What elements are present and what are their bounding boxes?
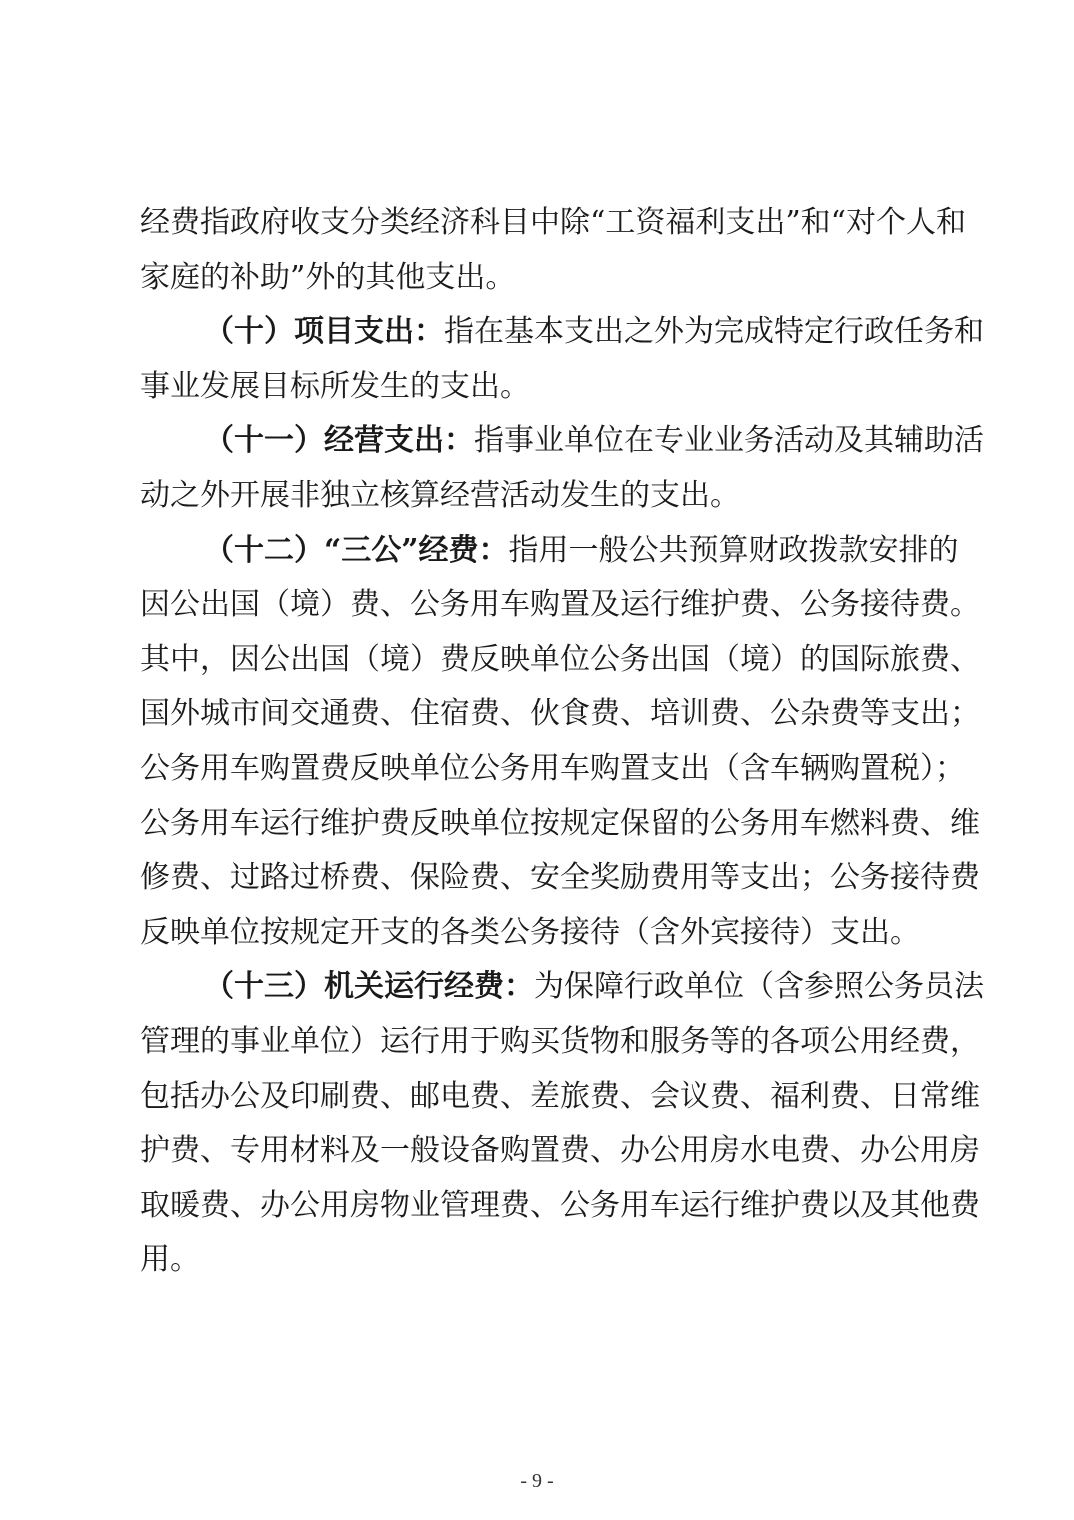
definition-text: 为保障行政单位（含参照公务员法 — [534, 969, 984, 1004]
text-line: 管理的事业单位）运行用于购买货物和服务等的各项公用经费， — [140, 1015, 936, 1070]
text-line: 事业发展目标所发生的支出。 — [140, 360, 936, 415]
term-project-expenditure: （十）项目支出： — [204, 314, 444, 349]
text-line: 动之外开展非独立核算经营活动发生的支出。 — [140, 469, 936, 524]
text-line: 取暖费、办公用房物业管理费、公务用车运行维护费以及其他费 — [140, 1179, 936, 1234]
text-line: 公务用车购置费反映单位公务用车购置支出（含车辆购置税）； — [140, 742, 936, 797]
definition-text: 指用一般公共预算财政拨款安排的 — [509, 533, 959, 568]
text-line: 国外城市间交通费、住宿费、伙食费、培训费、公杂费等支出； — [140, 687, 936, 742]
section-11-heading-line: （十一）经营支出：指事业单位在专业业务活动及其辅助活 — [140, 414, 936, 469]
text-line: 包括办公及印刷费、邮电费、差旅费、会议费、福利费、日常维 — [140, 1070, 936, 1125]
definition-text: 指在基本支出之外为完成特定行政任务和 — [444, 314, 984, 349]
text-line: 公务用车运行维护费反映单位按规定保留的公务用车燃料费、维 — [140, 797, 936, 852]
text-line: 护费、专用材料及一般设备购置费、办公用房水电费、办公用房 — [140, 1124, 936, 1179]
term-agency-operating-expenses: （十三）机关运行经费： — [204, 969, 534, 1004]
section-12-heading-line: （十二）“三公”经费：指用一般公共预算财政拨款安排的 — [140, 524, 936, 579]
section-10-heading-line: （十）项目支出：指在基本支出之外为完成特定行政任务和 — [140, 305, 936, 360]
text-line: 经费指政府收支分类经济科目中除“工资福利支出”和“对个人和 — [140, 196, 936, 251]
text-line: 因公出国（境）费、公务用车购置及运行维护费、公务接待费。 — [140, 578, 936, 633]
term-three-public-expenses: （十二）“三公”经费： — [204, 533, 509, 568]
section-13-heading-line: （十三）机关运行经费：为保障行政单位（含参照公务员法 — [140, 960, 936, 1015]
text-line: 家庭的补助”外的其他支出。 — [140, 251, 936, 306]
term-operating-expenditure: （十一）经营支出： — [204, 423, 474, 458]
body-text: 经费指政府收支分类经济科目中除“工资福利支出”和“对个人和 家庭的补助”外的其他… — [140, 196, 936, 1288]
text-line: 修费、过路过桥费、保险费、安全奖励费用等支出；公务接待费 — [140, 851, 936, 906]
text-line: 反映单位按规定开支的各类公务接待（含外宾接待）支出。 — [140, 906, 936, 961]
page-number: - 9 - — [0, 1470, 1074, 1493]
text-line: 其中，因公出国（境）费反映单位公务出国（境）的国际旅费、 — [140, 633, 936, 688]
document-page: 经费指政府收支分类经济科目中除“工资福利支出”和“对个人和 家庭的补助”外的其他… — [0, 0, 1074, 1520]
definition-text: 指事业单位在专业业务活动及其辅助活 — [474, 423, 984, 458]
text-line: 用。 — [140, 1233, 936, 1288]
